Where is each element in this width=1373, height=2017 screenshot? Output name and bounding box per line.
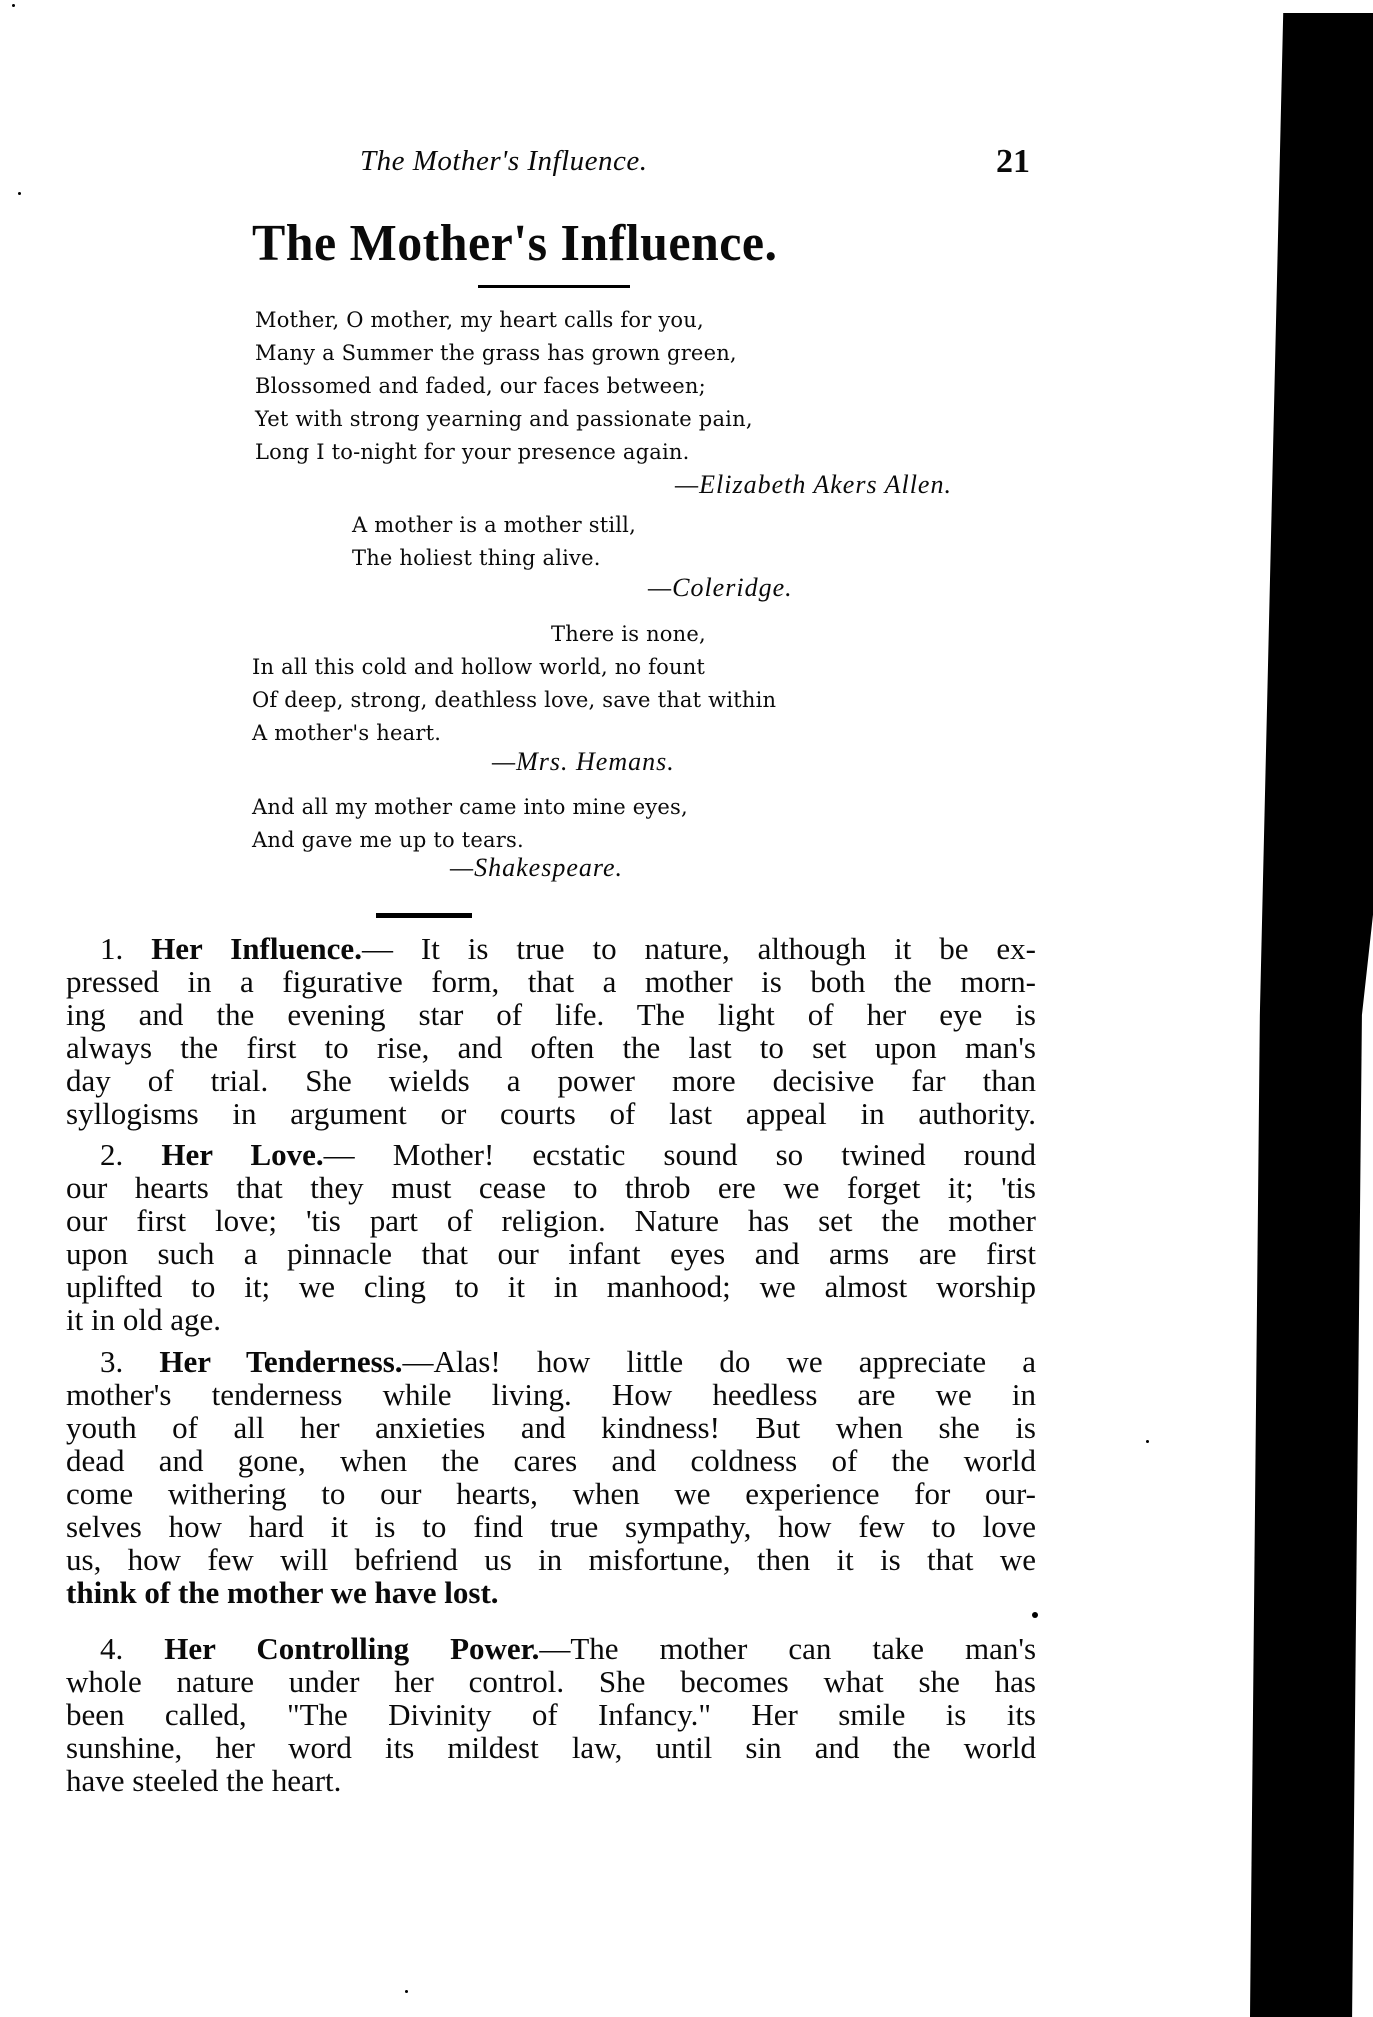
scan-speck [405,1990,408,1993]
paragraph-line: ing and the evening star of life. The li… [66,998,1036,1031]
epigraph-attribution: —Coleridge. [648,573,793,603]
scan-speck [18,192,21,195]
verse-line: A mother's heart. [252,721,441,745]
paragraph-line: 4. Her Controlling Power.—The mother can… [100,1632,1036,1665]
section-heading: Her Influence. [151,931,362,966]
verse-line: Of deep, strong, deathless love, save th… [252,688,776,712]
epigraph-attribution: —Elizabeth Akers Allen. [675,470,952,500]
paragraph-line: 2. Her Love.— Mother! ecstatic sound so … [100,1138,1036,1171]
scan-speck [12,4,15,7]
paragraph-line: always the first to rise, and often the … [66,1031,1036,1064]
scan-speck [1032,1612,1038,1618]
line-text: —Alas! how little do we appreciate a [403,1344,1036,1379]
book-page: The Mother's Influence. 21 The Mother's … [0,0,1373,2017]
section-number: 3. [100,1344,123,1379]
verse-line: In all this cold and hollow world, no fo… [252,655,705,679]
paragraph-line: mother's tenderness while living. How he… [66,1378,1036,1411]
running-head-title: The Mother's Influence. [360,145,648,178]
verse-line: There is none, [551,622,706,646]
verse-line: Many a Summer the grass has grown green, [255,341,737,365]
paragraph-line: selves how hard it is to find true sympa… [66,1510,1036,1543]
paragraph-line: youth of all her anxieties and kindness!… [66,1411,1036,1444]
paragraph-line: been called, "The Divinity of Infancy." … [66,1698,1036,1731]
scan-edge-shadow [1250,13,1373,2017]
paragraph-line: syllogisms in argument or courts of last… [66,1097,1036,1130]
title-divider [478,285,630,288]
paragraph-line: day of trial. She wields a power more de… [66,1064,1036,1097]
section-divider [376,913,472,918]
line-text: —The mother can take man's [539,1631,1036,1666]
chapter-title: The Mother's Influence. [252,214,777,273]
verse-line: The holiest thing alive. [352,546,601,570]
paragraph-line: whole nature under her control. She beco… [66,1665,1036,1698]
section-heading: Her Controlling Power. [164,1631,539,1666]
section-number: 1. [100,931,123,966]
paragraph-line: dead and gone, when the cares and coldne… [66,1444,1036,1477]
page-number: 21 [996,143,1030,181]
paragraph-line: upon such a pinnacle that our infant eye… [66,1237,1036,1270]
verse-line: And gave me up to tears. [252,828,524,852]
paragraph-line: 3. Her Tenderness.—Alas! how little do w… [100,1345,1036,1378]
section-number: 4. [100,1631,123,1666]
paragraph-line: it in old age. [66,1303,1036,1336]
line-text: — Mother! ecstatic sound so twined round [324,1137,1036,1172]
line-text: — It is true to nature, although it be e… [362,931,1036,966]
paragraph-line: our hearts that they must cease to throb… [66,1171,1036,1204]
paragraph-line: think of the mother we have lost. [66,1576,1036,1609]
paragraph-line: uplifted to it; we cling to it in manhoo… [66,1270,1036,1303]
paragraph-line: us, how few will befriend us in misfortu… [66,1543,1036,1576]
paragraph-line: sunshine, her word its mildest law, unti… [66,1731,1036,1764]
paragraph-line: our first love; 'tis part of religion. N… [66,1204,1036,1237]
section-heading: Her Tenderness. [159,1344,402,1379]
scan-speck [1146,1440,1149,1443]
verse-line: Mother, O mother, my heart calls for you… [255,308,704,332]
verse-line: Long I to-night for your presence again. [255,440,689,464]
paragraph-line: 1. Her Influence.— It is true to nature,… [100,932,1036,965]
section-heading: Her Love. [161,1137,323,1172]
epigraph-attribution: —Shakespeare. [450,853,623,883]
section-number: 2. [100,1137,123,1172]
paragraph-line: have steeled the heart. [66,1764,1036,1797]
paragraph-line: come withering to our hearts, when we ex… [66,1477,1036,1510]
epigraph-attribution: —Mrs. Hemans. [492,747,675,777]
verse-line: And all my mother came into mine eyes, [252,795,688,819]
verse-line: Blossomed and faded, our faces between; [255,374,706,398]
verse-line: Yet with strong yearning and passionate … [255,407,753,431]
paragraph-line: pressed in a figurative form, that a mot… [66,965,1036,998]
verse-line: A mother is a mother still, [352,513,636,537]
